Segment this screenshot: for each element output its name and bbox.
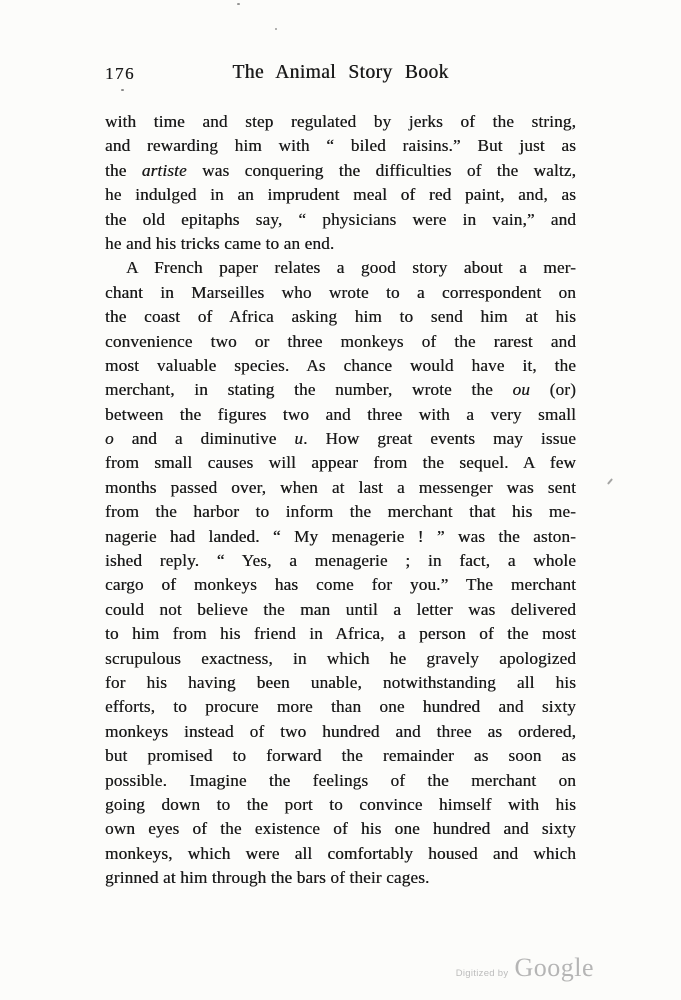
italic-text: ou [513,380,531,399]
text-line: A French paper relates a good story abou… [105,256,576,280]
italic-text: artiste [142,161,187,180]
text-line: scrupulous exactness, in which he gravel… [105,647,576,671]
text-line: most valuable species. As chance would h… [105,354,576,378]
text-line: cargo of monkeys has come for you.” The … [105,573,576,597]
text-line: the old epitaphs say, “ physicians were … [105,208,576,232]
text-line: efforts, to procure more than one hundre… [105,695,576,719]
text-line: going down to the port to convince himse… [105,793,576,817]
text-line: possible. Imagine the feelings of the me… [105,769,576,793]
digitized-by-watermark: Digitized by Google [456,953,594,983]
page-body-text: with time and step regulated by jerks of… [105,110,576,891]
text-line: chant in Marseilles who wrote to a corre… [105,281,576,305]
scan-speck [275,28,277,30]
text-line: from the harbor to inform the merchant t… [105,500,576,524]
text-line: grinned at him through the bars of their… [105,866,576,890]
text-line: the artiste was conquering the difficult… [105,159,576,183]
text-line: o and a diminutive u. How great events m… [105,427,576,451]
page-number: 176 [105,64,135,84]
scan-speck [237,3,240,5]
text-line: could not believe the man until a letter… [105,598,576,622]
text-line: for his having been unable, notwithstand… [105,671,576,695]
text-line: merchant, in stating the number, wrote t… [105,378,576,402]
text-line: months passed over, when at last a messe… [105,476,576,500]
text-line: own eyes of the existence of his one hun… [105,817,576,841]
google-logo: Google [514,953,594,983]
text-line: he indulged in an imprudent meal of red … [105,183,576,207]
text-line: with time and step regulated by jerks of… [105,110,576,134]
text-line: the coast of Africa asking him to send h… [105,305,576,329]
text-line: convenience two or three monkeys of the … [105,330,576,354]
text-line: to him from his friend in Africa, a pers… [105,622,576,646]
text-block: 176 The Animal Story Book with time and … [105,62,576,891]
text-line: monkeys instead of two hundred and three… [105,720,576,744]
text-line: he and his tricks came to an end. [105,232,576,256]
text-line: between the figures two and three with a… [105,403,576,427]
scan-speck [607,478,613,485]
text-line: nagerie had landed. “ My menagerie ! ” w… [105,525,576,549]
italic-text: u [294,429,303,448]
text-line: monkeys, which were all comfortably hous… [105,842,576,866]
text-line: from small causes will appear from the s… [105,451,576,475]
scan-speck [121,89,124,91]
running-title: The Animal Story Book [105,62,576,84]
book-page-scan: 176 The Animal Story Book with time and … [0,0,681,1000]
page-header: 176 The Animal Story Book [105,62,576,89]
text-line: but promised to forward the remainder as… [105,744,576,768]
digitized-by-label: Digitized by [456,968,509,979]
text-line: and rewarding him with “ biled raisins.”… [105,134,576,158]
italic-text: o [105,429,114,448]
text-line: ished reply. “ Yes, a menagerie ; in fac… [105,549,576,573]
